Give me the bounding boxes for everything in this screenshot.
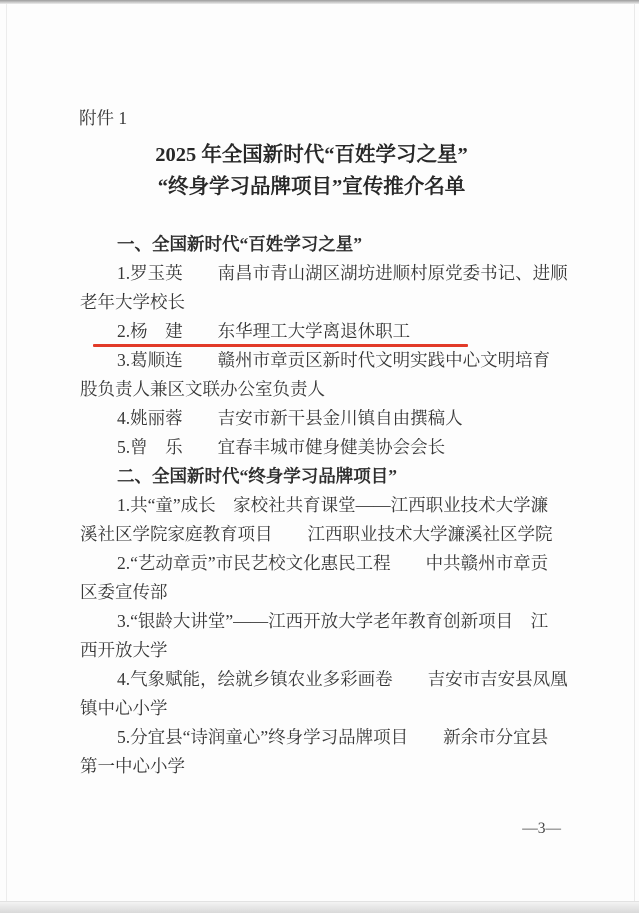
document-page: 附件 1 2025 年全国新时代“百姓学习之星” “终身学习品牌项目”宣传推介名… (0, 0, 639, 913)
document-line: 镇中心小学 (80, 694, 585, 723)
document-line: 2.“艺动章贡”市民艺校文化惠民工程 中共赣州市章贡 (80, 549, 585, 578)
document-line: 股负责人兼区文联办公室负责人 (80, 375, 585, 404)
document-line: 第一中心小学 (80, 752, 585, 781)
document-line: 老年大学校长 (80, 288, 585, 317)
document-line: 5.曾 乐 宜春丰城市健身健美协会会长 (80, 433, 585, 462)
scan-edge-left (6, 4, 7, 902)
document-line: 3.“银龄大讲堂”——江西开放大学老年教育创新项目 江 (80, 607, 585, 636)
document-line: 2.杨 建 东华理工大学离退休职工 (80, 317, 585, 346)
document-line: 4.姚丽蓉 吉安市新干县金川镇自由撰稿人 (80, 404, 585, 433)
document-title-line2: “终身学习品牌项目”宣传推介名单 (0, 173, 623, 201)
scan-edge-top (0, 0, 639, 4)
document-line: 区委宣传部 (80, 578, 585, 607)
document-line: 溪社区学院家庭教育项目 江西职业技术大学濂溪社区学院 (80, 520, 585, 549)
document-line: 西开放大学 (80, 636, 585, 665)
attachment-label: 附件 1 (79, 105, 127, 131)
page-number: —3— (522, 817, 561, 841)
section-heading: 二、全国新时代“终身学习品牌项目” (80, 462, 585, 491)
document-line: 1.共“童”成长 家校社共育课堂——江西职业技术大学濂 (80, 491, 585, 520)
section-heading: 一、全国新时代“百姓学习之星” (80, 230, 585, 259)
document-line: 1.罗玉英 南昌市青山湖区湖坊进顺村原党委书记、进顺 (80, 259, 585, 288)
scan-edge-right (634, 4, 635, 902)
document-title-line1: 2025 年全国新时代“百姓学习之星” (0, 141, 623, 169)
document-line: 4.气象赋能，绘就乡镇农业多彩画卷 吉安市吉安县凤凰 (80, 665, 585, 694)
document-body: 一、全国新时代“百姓学习之星”1.罗玉英 南昌市青山湖区湖坊进顺村原党委书记、进… (80, 230, 585, 781)
scan-edge-bottom (0, 901, 639, 913)
document-line: 3.葛顺连 赣州市章贡区新时代文明实践中心文明培育 (80, 346, 585, 375)
document-line: 5.分宜县“诗润童心”终身学习品牌项目 新余市分宜县 (80, 723, 585, 752)
